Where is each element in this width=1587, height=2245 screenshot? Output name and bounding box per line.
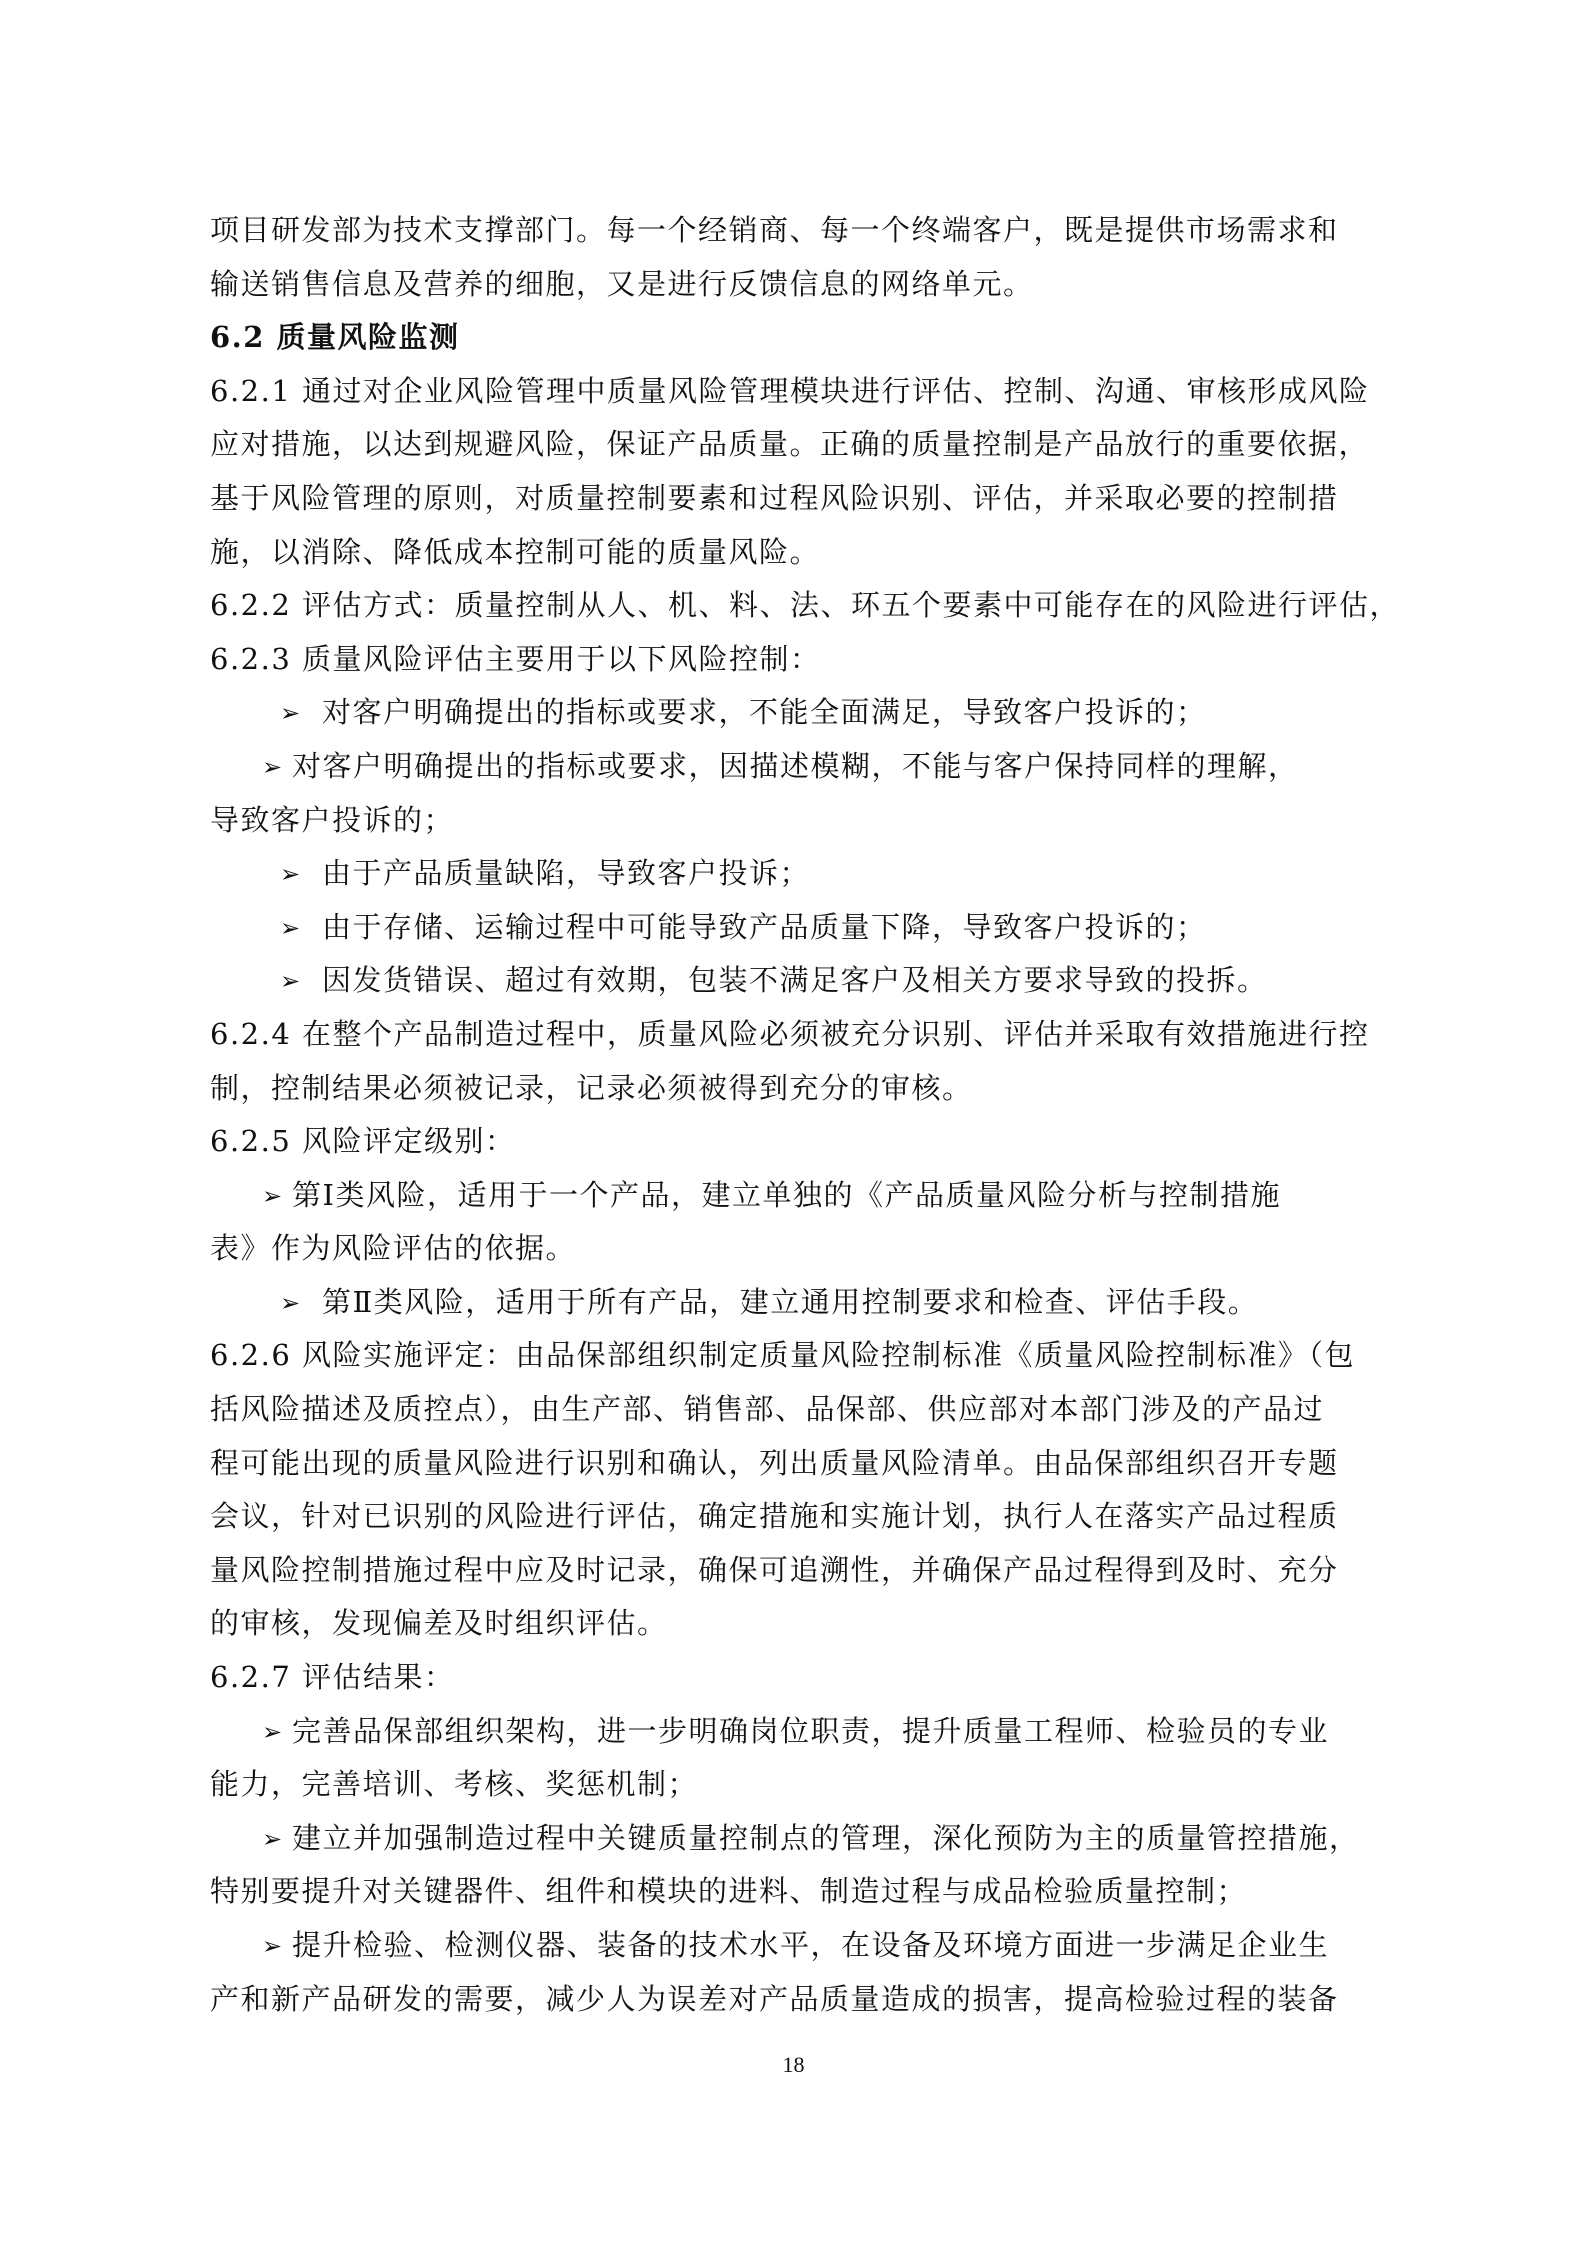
document-page: 项目研发部为技术支撑部门。每一个经销商、每一个终端客户，既是提供市场需求和 输送…	[0, 0, 1587, 2245]
clause-6-2-3: 6.2.3 质量风险评估主要用于以下风险控制：	[210, 633, 1382, 687]
clause-6-2-1: 6.2.1 通过对企业风险管理中质量风险管理模块进行评估、控制、沟通、审核形成风…	[210, 365, 1382, 419]
clause-6-2-2: 6.2.2 评估方式：质量控制从人、机、料、法、环五个要素中可能存在的风险进行评…	[210, 579, 1382, 633]
line-text: 表》作为风险评估的依据。	[210, 1231, 576, 1265]
arrow-bullet-icon: ➢	[280, 955, 322, 1009]
bullet-item: ➢对客户明确提出的指标或要求，因描述模糊，不能与客户保持同样的理解，	[210, 740, 1382, 794]
body-line: 基于风险管理的原则，对质量控制要素和过程风险识别、评估，并采取必要的控制措	[210, 472, 1382, 526]
line-text: 施，以消除、降低成本控制可能的质量风险。	[210, 535, 820, 569]
section-heading-6-2: 6.2 质量风险监测	[210, 311, 1382, 365]
bullet-text: 因发货错误、超过有效期，包装不满足客户及相关方要求导致的投拆。	[322, 963, 1268, 997]
line-text: 6.2.1 通过对企业风险管理中质量风险管理模块进行评估、控制、沟通、审核形成风…	[210, 374, 1370, 408]
line-text: 6.2.2 评估方式：质量控制从人、机、料、法、环五个要素中可能存在的风险进行评…	[210, 588, 1400, 622]
bullet-text: 提升检验、检测仪器、装备的技术水平，在设备及环境方面进一步满足企业生	[292, 1928, 1329, 1962]
body-line: 制，控制结果必须被记录，记录必须被得到充分的审核。	[210, 1062, 1382, 1116]
line-text: 量风险控制措施过程中应及时记录，确保可追溯性，并确保产品过程得到及时、充分	[210, 1553, 1339, 1587]
line-text: 6.2.4 在整个产品制造过程中，质量风险必须被充分识别、评估并采取有效措施进行…	[210, 1017, 1370, 1051]
line-text: 制，控制结果必须被记录，记录必须被得到充分的审核。	[210, 1071, 973, 1105]
bullet-text: 对客户明确提出的指标或要求，因描述模糊，不能与客户保持同样的理解，	[292, 749, 1299, 783]
body-line: 应对措施，以达到规避风险，保证产品质量。正确的质量控制是产品放行的重要依据，	[210, 418, 1382, 472]
clause-6-2-7: 6.2.7 评估结果：	[210, 1651, 1382, 1705]
body-line: 会议，针对已识别的风险进行评估，确定措施和实施计划，执行人在落实产品过程质	[210, 1490, 1382, 1544]
line-text: 6.2.6 风险实施评定：由品保部组织制定质量风险控制标准《质量风险控制标准》（…	[210, 1338, 1355, 1372]
bullet-item: ➢对客户明确提出的指标或要求，不能全面满足，导致客户投诉的；	[210, 686, 1382, 740]
bullet-text: 由于产品质量缺陷，导致客户投诉；	[322, 856, 810, 890]
bullet-text: 第Ⅱ类风险，适用于所有产品，建立通用控制要求和检查、评估手段。	[322, 1285, 1258, 1319]
body-line: 项目研发部为技术支撑部门。每一个经销商、每一个终端客户，既是提供市场需求和	[210, 204, 1382, 258]
line-text: 6.2.3 质量风险评估主要用于以下风险控制：	[210, 642, 821, 676]
body-line: 括风险描述及质控点），由生产部、销售部、品保部、供应部对本部门涉及的产品过	[210, 1383, 1382, 1437]
line-text: 产和新产品研发的需要，减少人为误差对产品质量造成的损害，提高检验过程的装备	[210, 1982, 1339, 2016]
bullet-item: ➢第Ⅱ类风险，适用于所有产品，建立通用控制要求和检查、评估手段。	[210, 1276, 1382, 1330]
line-text: 程可能出现的质量风险进行识别和确认，列出质量风险清单。由品保部组织召开专题	[210, 1446, 1339, 1480]
bullet-text: 第Ⅰ类风险，适用于一个产品，建立单独的《产品质量风险分析与控制措施	[292, 1178, 1281, 1212]
body-line: 量风险控制措施过程中应及时记录，确保可追溯性，并确保产品过程得到及时、充分	[210, 1544, 1382, 1598]
line-text: 基于风险管理的原则，对质量控制要素和过程风险识别、评估，并采取必要的控制措	[210, 481, 1339, 515]
document-body: 项目研发部为技术支撑部门。每一个经销商、每一个终端客户，既是提供市场需求和 输送…	[210, 204, 1382, 2026]
bullet-text: 对客户明确提出的指标或要求，不能全面满足，导致客户投诉的；	[322, 695, 1207, 729]
arrow-bullet-icon: ➢	[280, 1277, 322, 1331]
clause-6-2-6: 6.2.6 风险实施评定：由品保部组织制定质量风险控制标准《质量风险控制标准》（…	[210, 1329, 1382, 1383]
arrow-bullet-icon: ➢	[280, 687, 322, 741]
arrow-bullet-icon: ➢	[262, 1706, 292, 1760]
body-line: 导致客户投诉的；	[210, 794, 1382, 848]
line-text: 导致客户投诉的；	[210, 803, 454, 837]
body-line: 施，以消除、降低成本控制可能的质量风险。	[210, 526, 1382, 580]
body-line: 表》作为风险评估的依据。	[210, 1222, 1382, 1276]
bullet-item: ➢建立并加强制造过程中关键质量控制点的管理，深化预防为主的质量管控措施，	[210, 1812, 1382, 1866]
line-text: 项目研发部为技术支撑部门。每一个经销商、每一个终端客户，既是提供市场需求和	[210, 213, 1339, 247]
arrow-bullet-icon: ➢	[262, 1813, 292, 1867]
arrow-bullet-icon: ➢	[262, 741, 292, 795]
page-number: 18	[0, 2052, 1587, 2078]
line-text: 特别要提升对关键器件、组件和模块的进料、制造过程与成品检验质量控制；	[210, 1874, 1247, 1908]
body-line: 程可能出现的质量风险进行识别和确认，列出质量风险清单。由品保部组织召开专题	[210, 1437, 1382, 1491]
body-line: 能力，完善培训、考核、奖惩机制；	[210, 1758, 1382, 1812]
clause-6-2-5: 6.2.5 风险评定级别：	[210, 1115, 1382, 1169]
body-line: 的审核，发现偏差及时组织评估。	[210, 1597, 1382, 1651]
clause-6-2-4: 6.2.4 在整个产品制造过程中，质量风险必须被充分识别、评估并采取有效措施进行…	[210, 1008, 1382, 1062]
line-text: 6.2.7 评估结果：	[210, 1660, 455, 1694]
line-text: 输送销售信息及营养的细胞，又是进行反馈信息的网络单元。	[210, 267, 1034, 301]
line-text: 6.2.5 风险评定级别：	[210, 1124, 516, 1158]
bullet-item: ➢提升检验、检测仪器、装备的技术水平，在设备及环境方面进一步满足企业生	[210, 1919, 1382, 1973]
bullet-item: ➢完善品保部组织架构，进一步明确岗位职责，提升质量工程师、检验员的专业	[210, 1705, 1382, 1759]
bullet-item: ➢第Ⅰ类风险，适用于一个产品，建立单独的《产品质量风险分析与控制措施	[210, 1169, 1382, 1223]
line-text: 括风险描述及质控点），由生产部、销售部、品保部、供应部对本部门涉及的产品过	[210, 1392, 1324, 1426]
line-text: 应对措施，以达到规避风险，保证产品质量。正确的质量控制是产品放行的重要依据，	[210, 427, 1369, 461]
heading-text: 6.2 质量风险监测	[210, 320, 460, 354]
line-text: 能力，完善培训、考核、奖惩机制；	[210, 1767, 698, 1801]
body-line: 特别要提升对关键器件、组件和模块的进料、制造过程与成品检验质量控制；	[210, 1865, 1382, 1919]
bullet-text: 建立并加强制造过程中关键质量控制点的管理，深化预防为主的质量管控措施，	[292, 1821, 1360, 1855]
bullet-text: 完善品保部组织架构，进一步明确岗位职责，提升质量工程师、检验员的专业	[292, 1714, 1329, 1748]
line-text: 的审核，发现偏差及时组织评估。	[210, 1606, 668, 1640]
arrow-bullet-icon: ➢	[280, 902, 322, 956]
body-line: 产和新产品研发的需要，减少人为误差对产品质量造成的损害，提高检验过程的装备	[210, 1973, 1382, 2027]
arrow-bullet-icon: ➢	[262, 1170, 292, 1224]
bullet-item: ➢由于产品质量缺陷，导致客户投诉；	[210, 847, 1382, 901]
line-text: 会议，针对已识别的风险进行评估，确定措施和实施计划，执行人在落实产品过程质	[210, 1499, 1339, 1533]
arrow-bullet-icon: ➢	[262, 1920, 292, 1974]
bullet-text: 由于存储、运输过程中可能导致产品质量下降，导致客户投诉的；	[322, 910, 1207, 944]
body-line: 输送销售信息及营养的细胞，又是进行反馈信息的网络单元。	[210, 258, 1382, 312]
bullet-item: ➢由于存储、运输过程中可能导致产品质量下降，导致客户投诉的；	[210, 901, 1382, 955]
arrow-bullet-icon: ➢	[280, 848, 322, 902]
bullet-item: ➢因发货错误、超过有效期，包装不满足客户及相关方要求导致的投拆。	[210, 954, 1382, 1008]
